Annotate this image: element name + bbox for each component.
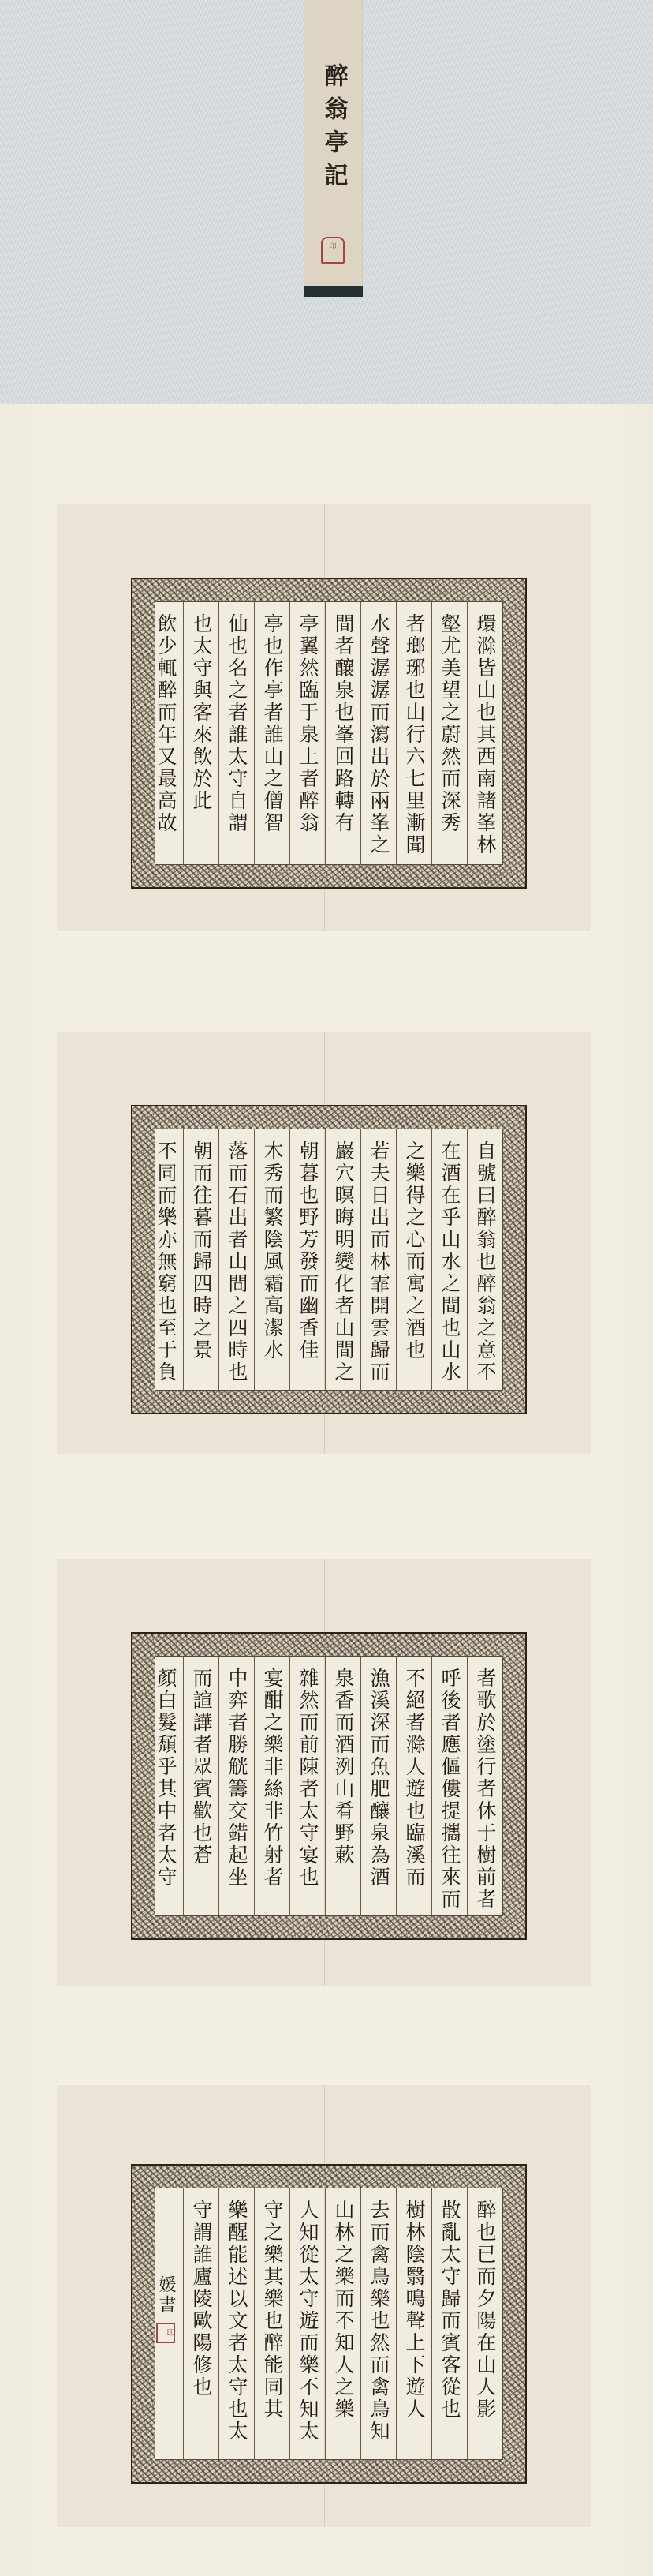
ornamental-frame-4: 醉也已而夕陽在山人影 散亂太守歸而賓客從也 樹林陰翳鳴聲上下遊人 去而禽鳥樂也然… bbox=[131, 2164, 527, 2484]
text-columns-4: 醉也已而夕陽在山人影 散亂太守歸而賓客從也 樹林陰翳鳴聲上下遊人 去而禽鳥樂也然… bbox=[155, 2188, 503, 2460]
text-column: 壑尤美望之蔚然而深秀 bbox=[431, 602, 467, 864]
text-column: 雜然而前陳者太守宴也 bbox=[289, 1657, 325, 1915]
text-column: 樂醒能述以文者太守也太 bbox=[218, 2188, 254, 2459]
text-column: 樹林陰翳鳴聲上下遊人 bbox=[396, 2188, 431, 2459]
text-column: 不同而樂亦無窮也至于負 bbox=[148, 1129, 183, 1390]
text-column: 去而禽鳥樂也然而禽鳥知 bbox=[360, 2188, 396, 2459]
text-column: 間者釀泉也峯回路轉有 bbox=[325, 602, 360, 864]
scroll-title: 醉翁亭記 bbox=[318, 63, 349, 196]
text-column: 者瑯琊也山行六七里漸聞 bbox=[396, 602, 431, 864]
text-column: 飲少輒醉而年又最高故 bbox=[148, 602, 183, 864]
text-columns-3: 者歌於塗行者休于樹前者 呼後者應傴僂提攜往來而 不絕者滁人遊也臨溪而 漁溪深而魚… bbox=[155, 1656, 503, 1916]
text-column: 散亂太守歸而賓客從也 bbox=[431, 2188, 467, 2459]
text-columns-2: 自號曰醉翁也醉翁之意不 在酒在乎山水之間也山水 之樂得之心而寓之酒也 若夫日出而… bbox=[155, 1129, 503, 1391]
text-column: 若夫日出而林霏開雲歸而 bbox=[360, 1129, 396, 1390]
text-column: 落而石出者山間之四時也 bbox=[218, 1129, 254, 1390]
text-column: 朝而往暮而歸四時之景 bbox=[183, 1129, 218, 1390]
text-column: 不絕者滁人遊也臨溪而 bbox=[396, 1657, 431, 1915]
text-column: 宴酣之樂非絲非竹射者 bbox=[254, 1657, 289, 1915]
text-column: 中弈者勝觥籌交錯起坐 bbox=[218, 1657, 254, 1915]
ornamental-frame-2: 自號曰醉翁也醉翁之意不 在酒在乎山水之間也山水 之樂得之心而寓之酒也 若夫日出而… bbox=[131, 1105, 527, 1414]
text-columns-1: 環滁皆山也其西南諸峯林 壑尤美望之蔚然而深秀 者瑯琊也山行六七里漸聞 水聲潺潺而… bbox=[155, 601, 503, 865]
text-column: 而諠譁者眾賓歡也蒼 bbox=[183, 1657, 218, 1915]
text-column: 山林之樂而不知人之樂 bbox=[325, 2188, 360, 2459]
text-column: 之樂得之心而寓之酒也 bbox=[396, 1129, 431, 1390]
text-column: 也太守與客來飲於此 bbox=[183, 602, 218, 864]
text-column: 環滁皆山也其西南諸峯林 bbox=[467, 602, 502, 864]
title-strip-band bbox=[304, 286, 363, 297]
text-column: 人知從太守遊而樂不知太 bbox=[289, 2188, 325, 2459]
panel-sheet-4: 醉也已而夕陽在山人影 散亂太守歸而賓客從也 樹林陰翳鳴聲上下遊人 去而禽鳥樂也然… bbox=[57, 2085, 591, 2527]
title-seal-icon: 印 bbox=[321, 237, 345, 264]
text-column: 在酒在乎山水之間也山水 bbox=[431, 1129, 467, 1390]
text-column: 朝暮也野芳發而幽香佳 bbox=[289, 1129, 325, 1390]
artist-signature: 媛書 bbox=[148, 2275, 183, 2315]
panel-sheet-2: 自號曰醉翁也醉翁之意不 在酒在乎山水之間也山水 之樂得之心而寓之酒也 若夫日出而… bbox=[57, 1032, 591, 1454]
text-column: 水聲潺潺而瀉出於兩峯之 bbox=[360, 602, 396, 864]
text-column: 守之樂其樂也醉能同其 bbox=[254, 2188, 289, 2459]
signature-column: 媛書 印 bbox=[148, 2188, 183, 2459]
text-column: 呼後者應傴僂提攜往來而 bbox=[431, 1657, 467, 1915]
text-column: 顏白髮頹乎其中者太守 bbox=[148, 1657, 183, 1915]
artist-seal-icon: 印 bbox=[156, 2323, 175, 2343]
panel-sheet-3: 者歌於塗行者休于樹前者 呼後者應傴僂提攜往來而 不絕者滁人遊也臨溪而 漁溪深而魚… bbox=[57, 1559, 591, 1986]
text-column: 守謂誰廬陵歐陽修也 bbox=[183, 2188, 218, 2459]
panel-sheet-1: 環滁皆山也其西南諸峯林 壑尤美望之蔚然而深秀 者瑯琊也山行六七里漸聞 水聲潺潺而… bbox=[57, 504, 591, 931]
text-column: 巖穴暝晦明變化者山間之 bbox=[325, 1129, 360, 1390]
text-column: 醉也已而夕陽在山人影 bbox=[467, 2188, 502, 2459]
text-column: 自號曰醉翁也醉翁之意不 bbox=[467, 1129, 502, 1390]
ornamental-frame-1: 環滁皆山也其西南諸峯林 壑尤美望之蔚然而深秀 者瑯琊也山行六七里漸聞 水聲潺潺而… bbox=[131, 578, 527, 889]
text-column: 亭翼然臨于泉上者醉翁 bbox=[289, 602, 325, 864]
ornamental-frame-3: 者歌於塗行者休于樹前者 呼後者應傴僂提攜往來而 不絕者滁人遊也臨溪而 漁溪深而魚… bbox=[131, 1632, 527, 1940]
title-label-strip: 醉翁亭記 印 bbox=[304, 0, 363, 286]
text-column: 泉香而酒洌山肴野蔌 bbox=[325, 1657, 360, 1915]
text-column: 漁溪深而魚肥釀泉為酒 bbox=[360, 1657, 396, 1915]
text-column: 者歌於塗行者休于樹前者 bbox=[467, 1657, 502, 1915]
text-column: 仙也名之者誰太守自謂 bbox=[218, 602, 254, 864]
text-column: 亭也作亭者誰山之僧智 bbox=[254, 602, 289, 864]
text-column: 木秀而繁陰風霜高潔水 bbox=[254, 1129, 289, 1390]
